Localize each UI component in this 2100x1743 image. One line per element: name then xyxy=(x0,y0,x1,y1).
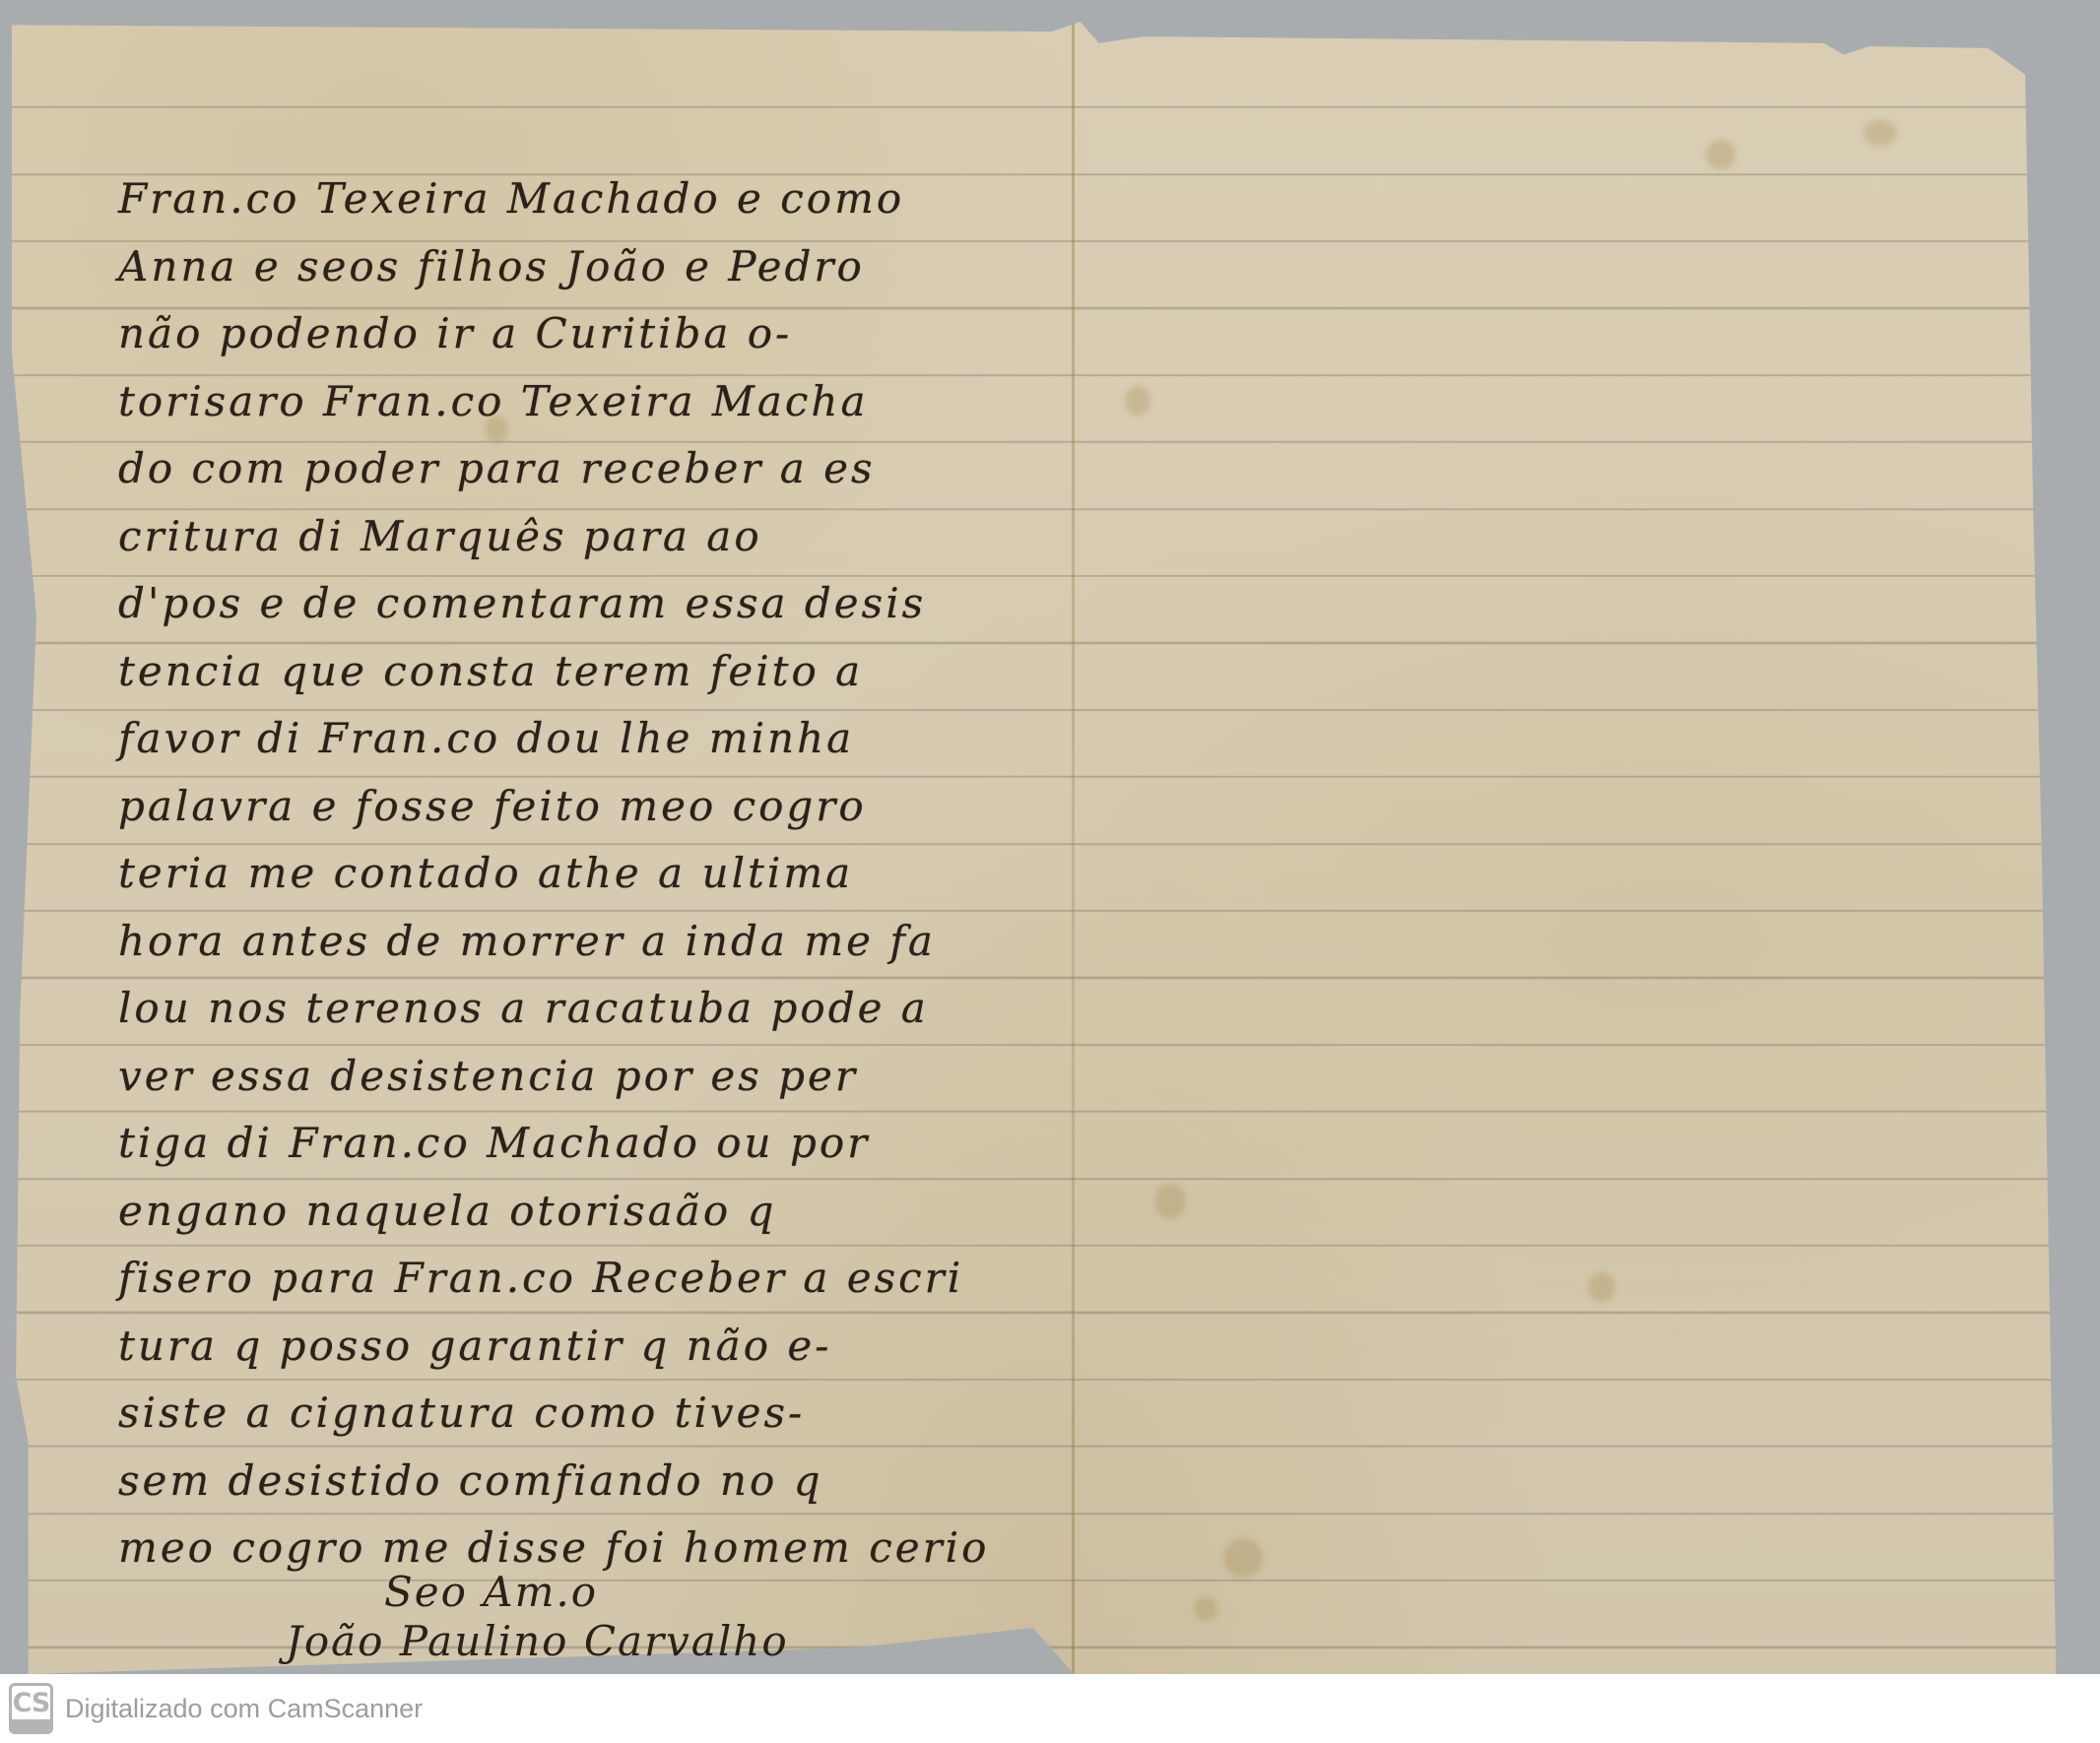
letter-line: palavra e fosse feito meo cogro xyxy=(118,773,1064,841)
watermark-label: Digitalizado com CamScanner xyxy=(65,1694,423,1724)
stain xyxy=(1588,1272,1615,1302)
scanner-watermark-footer: CS Digitalizado com CamScanner xyxy=(0,1674,2100,1743)
signature-closing: Seo Am.o xyxy=(286,1568,1034,1617)
signature-name: João Paulino Carvalho xyxy=(286,1617,1034,1666)
letter-line: hora antes de morrer a inda me fa xyxy=(118,908,1064,976)
camscanner-logo-text: CS xyxy=(13,1686,50,1721)
camscanner-logo-icon: CS xyxy=(9,1683,53,1734)
stain xyxy=(1864,120,1897,146)
letter-line: teria me contado athe a ultima xyxy=(118,840,1064,908)
letter-line: tura q posso garantir q não e- xyxy=(118,1313,1064,1381)
letter-line: sem desistido comfiando no q xyxy=(118,1448,1064,1516)
letter-line: torisaro Fran.co Texeira Macha xyxy=(118,368,1064,436)
letter-line: lou nos terenos a racatuba pode a xyxy=(118,975,1064,1043)
letter-body: Fran.co Texeira Machado e como Anna e se… xyxy=(118,165,1064,1582)
letter-line: não podendo ir a Curitiba o- xyxy=(118,300,1064,368)
scanned-page-area: Fran.co Texeira Machado e como Anna e se… xyxy=(0,0,2100,1674)
stain xyxy=(1706,140,1736,169)
stain xyxy=(1223,1538,1263,1578)
camscanner-logo-bar xyxy=(12,1719,50,1731)
letter-line: engano naquela otorisaão q xyxy=(118,1178,1064,1246)
letter-line: Anna e seos filhos João e Pedro xyxy=(118,233,1064,301)
stain xyxy=(2061,179,2078,205)
stain xyxy=(1194,1597,1217,1621)
signature-block: Seo Am.o João Paulino Carvalho xyxy=(286,1568,1034,1666)
letter-line: do com poder para receber a es xyxy=(118,435,1064,503)
letter-line: d'pos e de comentaram essa desis xyxy=(118,570,1064,638)
letter-line: Fran.co Texeira Machado e como xyxy=(118,165,1064,233)
letter-line: ver essa desistencia por es per xyxy=(118,1043,1064,1111)
letter-line: siste a cignatura como tives- xyxy=(118,1380,1064,1448)
stain xyxy=(1125,386,1150,416)
letter-line: favor di Fran.co dou lhe minha xyxy=(118,705,1064,773)
letter-line: tencia que consta terem feito a xyxy=(118,638,1064,706)
letter-line: critura di Marquês para ao xyxy=(118,503,1064,571)
letter-line: fisero para Fran.co Receber a escri xyxy=(118,1245,1064,1313)
letter-paper: Fran.co Texeira Machado e como Anna e se… xyxy=(12,22,2070,1674)
center-fold xyxy=(1072,22,1075,1674)
letter-line: tiga di Fran.co Machado ou por xyxy=(118,1110,1064,1178)
stain xyxy=(1154,1184,1186,1219)
